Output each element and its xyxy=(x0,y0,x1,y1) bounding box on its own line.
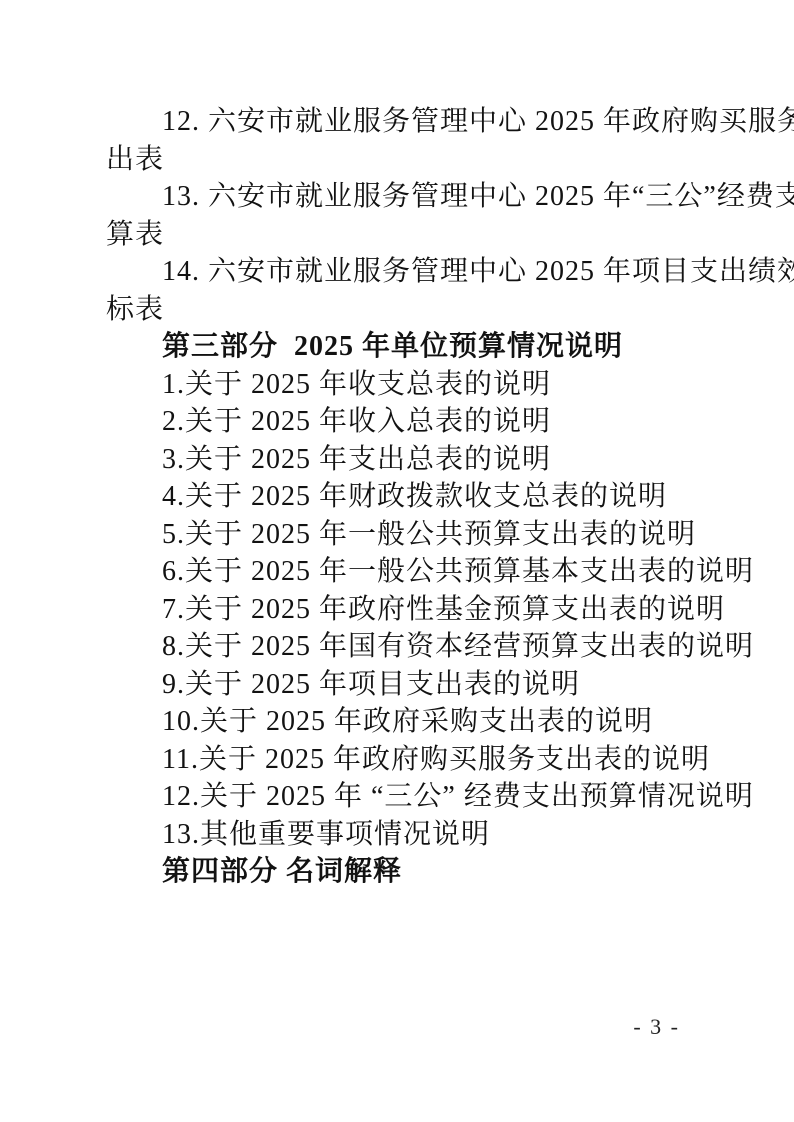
toc-attachment-14-line1: 14. 六安市就业服务管理中心 2025 年项目支出绩效目 xyxy=(106,253,684,291)
document-content: 12. 六安市就业服务管理中心 2025 年政府购买服务支 出表 13. 六安市… xyxy=(106,103,684,891)
toc-note-item-3: 3.关于 2025 年支出总表的说明 xyxy=(106,441,684,479)
toc-note-item-12: 12.关于 2025 年 “三公” 经费支出预算情况说明 xyxy=(106,778,684,816)
section-heading-part4: 第四部分 名词解释 xyxy=(106,853,684,891)
toc-note-item-2: 2.关于 2025 年收入总表的说明 xyxy=(106,403,684,441)
toc-attachment-13-line1: 13. 六安市就业服务管理中心 2025 年“三公”经费支出预 xyxy=(106,178,684,216)
page-number: - 3 - xyxy=(633,1014,680,1039)
toc-note-item-5: 5.关于 2025 年一般公共预算支出表的说明 xyxy=(106,516,684,554)
toc-note-item-13: 13.其他重要事项情况说明 xyxy=(106,816,684,854)
toc-note-item-6: 6.关于 2025 年一般公共预算基本支出表的说明 xyxy=(106,553,684,591)
page-footer: - 3 - xyxy=(106,1012,680,1042)
toc-attachment-12-line1: 12. 六安市就业服务管理中心 2025 年政府购买服务支 xyxy=(106,103,684,141)
toc-note-item-4: 4.关于 2025 年财政拨款收支总表的说明 xyxy=(106,478,684,516)
document-page: 12. 六安市就业服务管理中心 2025 年政府购买服务支 出表 13. 六安市… xyxy=(0,0,794,1122)
toc-note-item-9: 9.关于 2025 年项目支出表的说明 xyxy=(106,666,684,704)
toc-note-item-10: 10.关于 2025 年政府采购支出表的说明 xyxy=(106,703,684,741)
toc-note-item-11: 11.关于 2025 年政府购买服务支出表的说明 xyxy=(106,741,684,779)
toc-note-item-7: 7.关于 2025 年政府性基金预算支出表的说明 xyxy=(106,591,684,629)
toc-note-item-8: 8.关于 2025 年国有资本经营预算支出表的说明 xyxy=(106,628,684,666)
toc-attachment-14-line2: 标表 xyxy=(106,291,684,329)
toc-attachment-12-line2: 出表 xyxy=(106,141,684,179)
toc-note-item-1: 1.关于 2025 年收支总表的说明 xyxy=(106,366,684,404)
toc-attachment-13-line2: 算表 xyxy=(106,216,684,254)
section-heading-part3: 第三部分 2025 年单位预算情况说明 xyxy=(106,328,684,366)
